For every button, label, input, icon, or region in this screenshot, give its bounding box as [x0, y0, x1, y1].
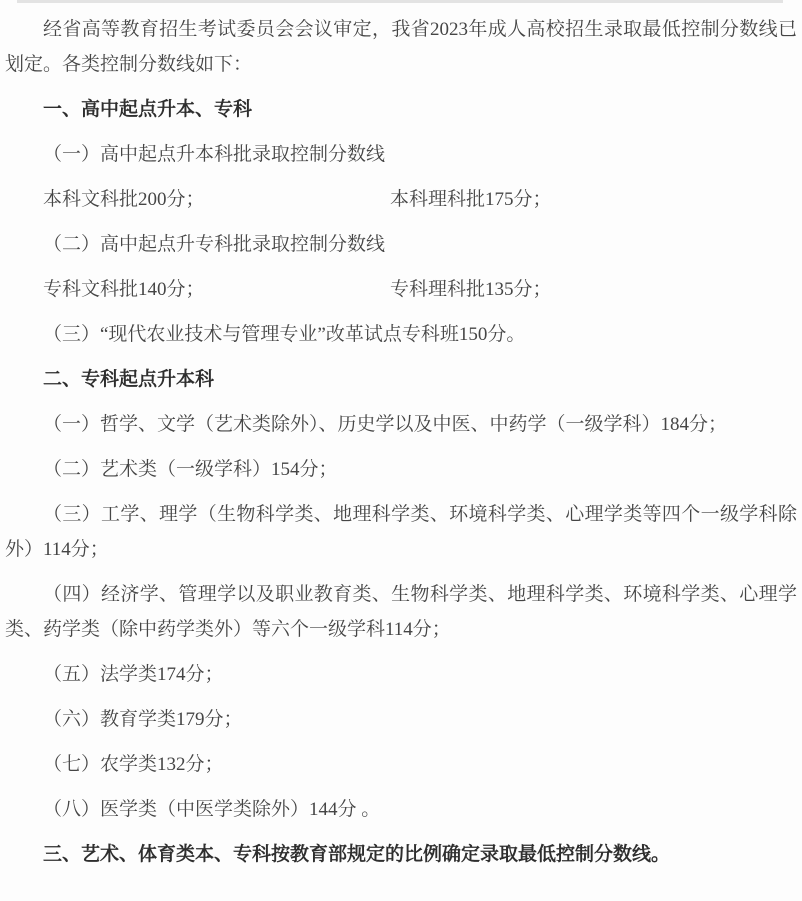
section2-item-1: （一）哲学、文学（艺术类除外）、历史学以及中医、中药学（一级学科）184分； — [5, 407, 797, 442]
benke-arts-score: 本科文科批200分； — [43, 182, 390, 217]
section2-item-6: （六）教育学类179分； — [5, 702, 797, 737]
zhuanke-score-line: 专科文科批140分；专科理科批135分； — [5, 272, 797, 307]
section1-heading: 一、高中起点升本、专科 — [5, 92, 797, 127]
section1-sub2-title: （二）高中起点升专科批录取控制分数线 — [5, 227, 797, 262]
section1-sub1-title: （一）高中起点升本科批录取控制分数线 — [5, 137, 797, 172]
intro-paragraph: 经省高等教育招生考试委员会会议审定，我省2023年成人高校招生录取最低控制分数线… — [5, 12, 797, 82]
section2-item-5: （五）法学类174分； — [5, 657, 797, 692]
notice-document: 经省高等教育招生考试委员会会议审定，我省2023年成人高校招生录取最低控制分数线… — [0, 0, 802, 872]
zhuanke-arts-score: 专科文科批140分； — [43, 272, 390, 307]
section2-item-8: （八）医学类（中医学类除外）144分 。 — [5, 792, 797, 827]
section2-item-4: （四）经济学、管理学以及职业教育类、生物科学类、地理科学类、环境科学类、心理学类… — [5, 577, 797, 647]
benke-science-score: 本科理科批175分； — [390, 189, 552, 210]
zhuanke-science-score: 专科理科批135分； — [390, 279, 552, 300]
section2-heading: 二、专科起点升本科 — [5, 362, 797, 397]
section1-sub3: （三）“现代农业技术与管理专业”改革试点专科班150分。 — [5, 317, 797, 352]
section3-heading: 三、艺术、体育类本、专科按教育部规定的比例确定录取最低控制分数线。 — [5, 837, 797, 872]
benke-score-line: 本科文科批200分；本科理科批175分； — [5, 182, 797, 217]
section2-item-2: （二）艺术类（一级学科）154分； — [5, 452, 797, 487]
top-divider — [17, 0, 783, 3]
section2-item-7: （七）农学类132分； — [5, 747, 797, 782]
section2-item-3: （三）工学、理学（生物科学类、地理科学类、环境科学类、心理学类等四个一级学科除外… — [5, 497, 797, 567]
